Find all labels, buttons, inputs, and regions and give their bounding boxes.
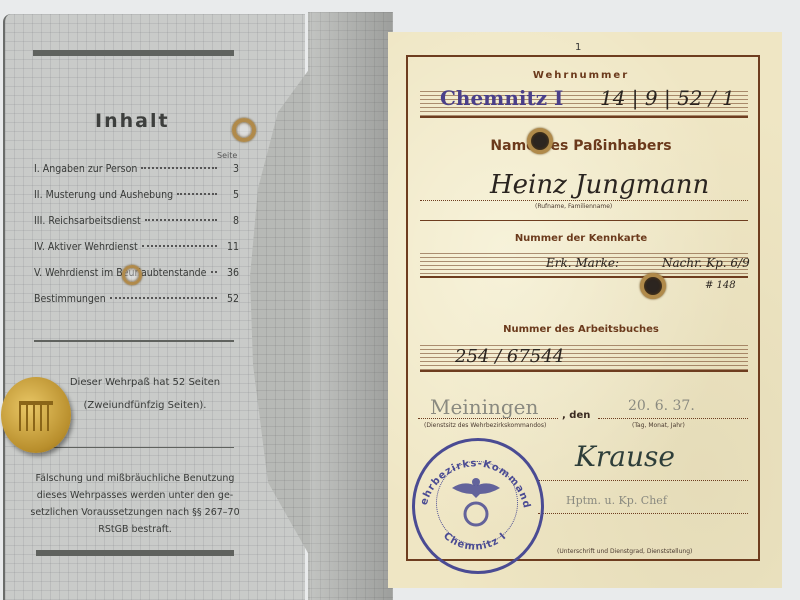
leader-dots (142, 245, 217, 247)
toc-label: Bestimmungen (34, 293, 106, 305)
stamp-text-top: Wehrbezirks-Kommando (412, 438, 532, 510)
warning-line: setzlichen Voraussetzungen nach §§ 267–7… (30, 504, 240, 521)
place-caption: (Dienstsitz des Wehrbezirkskommandos) (424, 422, 546, 429)
rank-stamp: Hptm. u. Kp. Chef (566, 494, 667, 507)
kennkarte-unit: Nachr. Kp. 6/9 (662, 256, 750, 270)
grommet-hole (640, 273, 666, 299)
place-line (418, 418, 558, 419)
page-column-label: Seite (217, 151, 237, 160)
date-stamp: 20. 6. 37. (628, 398, 695, 414)
signature: Krause (575, 440, 675, 473)
warning-line: dieses Wehrpasses werden unter den ge- (30, 487, 240, 504)
toc-page: 5 (221, 189, 239, 201)
grommet-hole (527, 128, 553, 154)
grommet-hole (122, 265, 142, 285)
signature-caption: (Unterschrift und Dienstgrad, Dienststel… (557, 548, 692, 555)
toc-label: V. Wehrdienst im Beurlaubtenstande (34, 267, 207, 279)
name-rule (420, 220, 748, 221)
rank-line (538, 513, 748, 514)
grommet-hole (232, 118, 256, 142)
name-value: Heinz Jungmann (490, 170, 709, 200)
svg-text:Chemnitz I: Chemnitz I (441, 531, 509, 553)
kennkarte-number: # 148 (705, 280, 736, 291)
wehrnummer-district: Chemnitz I (440, 86, 563, 110)
section-divider (34, 447, 234, 448)
kennkarte-label: Nummer der Kennkarte (406, 233, 756, 244)
kennkarte-value: Erk. Marke: (546, 256, 619, 270)
page-count-note: Dieser Wehrpaß hat 52 Seiten (50, 377, 240, 388)
toc-page: 52 (221, 293, 239, 305)
toc-label: II. Musterung und Aushebung (34, 189, 173, 201)
stamp-text-bottom: Chemnitz I (441, 531, 509, 553)
toc-row: I. Angaben zur Person3 (34, 163, 239, 189)
toc-page: 11 (221, 241, 239, 253)
place-stamp: Meiningen (430, 395, 538, 419)
wehrnummer-label: Wehrnummer (406, 70, 756, 81)
toc-row: IV. Aktiver Wehrdienst11 (34, 241, 239, 267)
leader-dots (145, 219, 217, 221)
top-divider (33, 50, 234, 56)
leader-dots (110, 297, 217, 299)
date-caption: (Tag, Monat, Jahr) (632, 422, 685, 429)
stamp-inscription: Wehrbezirks-Kommando Chemnitz I (412, 438, 538, 568)
warning-line: Fälschung und mißbräuchliche Benutzung (30, 470, 240, 487)
den-label: , den (562, 410, 590, 421)
leader-dots (211, 271, 218, 273)
signature-line (538, 480, 748, 481)
svg-text:Wehrbezirks-Kommando: Wehrbezirks-Kommando (412, 438, 532, 510)
name-line (420, 200, 748, 201)
arbeitsbuch-value: 254 / 67544 (455, 346, 564, 367)
toc-label: I. Angaben zur Person (34, 163, 137, 175)
toc-label: III. Reichsarbeitsdienst (34, 215, 141, 227)
bottom-divider (36, 550, 234, 556)
toc-page: 3 (221, 163, 239, 175)
toc-row: III. Reichsarbeitsdienst8 (34, 215, 239, 241)
forgery-warning: Fälschung und mißbräuchliche Benutzung d… (30, 470, 240, 538)
name-label: Name des Paßinhabers (406, 138, 756, 154)
spine-shadow (310, 12, 392, 600)
table-of-contents: I. Angaben zur Person3 II. Musterung und… (34, 163, 239, 319)
toc-label: IV. Aktiver Wehrdienst (34, 241, 138, 253)
euro-coin-icon (1, 377, 71, 453)
warning-line: RStGB bestraft. (30, 521, 240, 538)
date-line (598, 418, 748, 419)
name-caption: (Rufname, Familienname) (535, 203, 612, 210)
leader-dots (141, 167, 217, 169)
arbeitsbuch-label: Nummer des Arbeitsbuches (406, 324, 756, 335)
page-number: 1 (575, 42, 581, 53)
toc-page: 36 (221, 267, 239, 279)
toc-row: Bestimmungen52 (34, 293, 239, 319)
wehrnummer-value: 14 | 9 | 52 / 1 (600, 86, 735, 110)
toc-row: II. Musterung und Aushebung5 (34, 189, 239, 215)
page-count-note-words: (Zweiundfünfzig Seiten). (50, 400, 240, 411)
section-divider (34, 340, 234, 342)
contents-title: Inhalt (95, 110, 170, 132)
leader-dots (177, 193, 217, 195)
brandenburg-gate-icon (19, 401, 53, 431)
toc-page: 8 (221, 215, 239, 227)
